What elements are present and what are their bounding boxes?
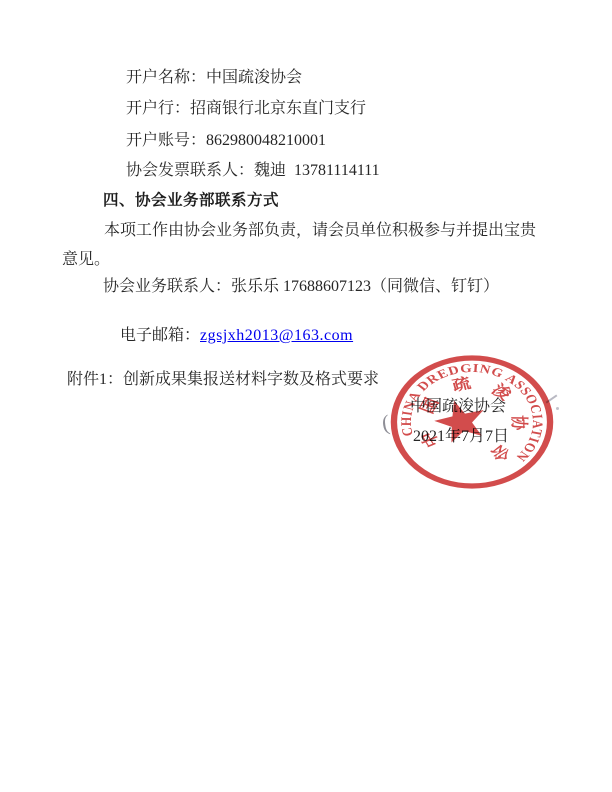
bank-name-line: 开户行：招商银行北京东直门支行 — [126, 99, 366, 119]
section-heading: 四、协会业务部联系方式 — [103, 191, 279, 211]
section-body-line-1: 本项工作由协会业务部负责，请会员单位积极参与并提出宝贵 — [104, 221, 536, 241]
bank-account-number-line: 开户账号：862980048210001 — [126, 131, 326, 151]
official-seal: CHINA DREDGING ASSOCIATION 中 国 疏 浚 协 会 — [374, 342, 569, 502]
section-body-line-2: 意见。 — [62, 250, 110, 270]
seal-graphic: CHINA DREDGING ASSOCIATION 中 国 疏 浚 协 会 — [374, 342, 569, 502]
business-contact-line: 协会业务联系人：张乐乐 17688607123（同微信、钉钉） — [103, 277, 499, 297]
attachment-line: 附件1：创新成果集报送材料字数及格式要求 — [67, 370, 379, 390]
email-link[interactable]: zgsjxh2013@163.com — [200, 327, 353, 344]
seal-char-5: 协 — [508, 415, 530, 431]
seal-char-3: 疏 — [450, 374, 473, 395]
seal-char-6: 会 — [486, 441, 514, 464]
invoice-contact-line: 协会发票联系人：魏迪 13781114111 — [126, 161, 380, 181]
email-label: 电子邮箱： — [120, 327, 200, 344]
seal-char-1: 中 — [416, 429, 444, 451]
document-page: 开户名称：中国疏浚协会 开户行：招商银行北京东直门支行 开户账号：8629800… — [0, 0, 612, 792]
email-line: 电子邮箱：zgsjxh2013@163.com — [104, 306, 353, 366]
bank-account-name-line: 开户名称：中国疏浚协会 — [126, 68, 302, 88]
